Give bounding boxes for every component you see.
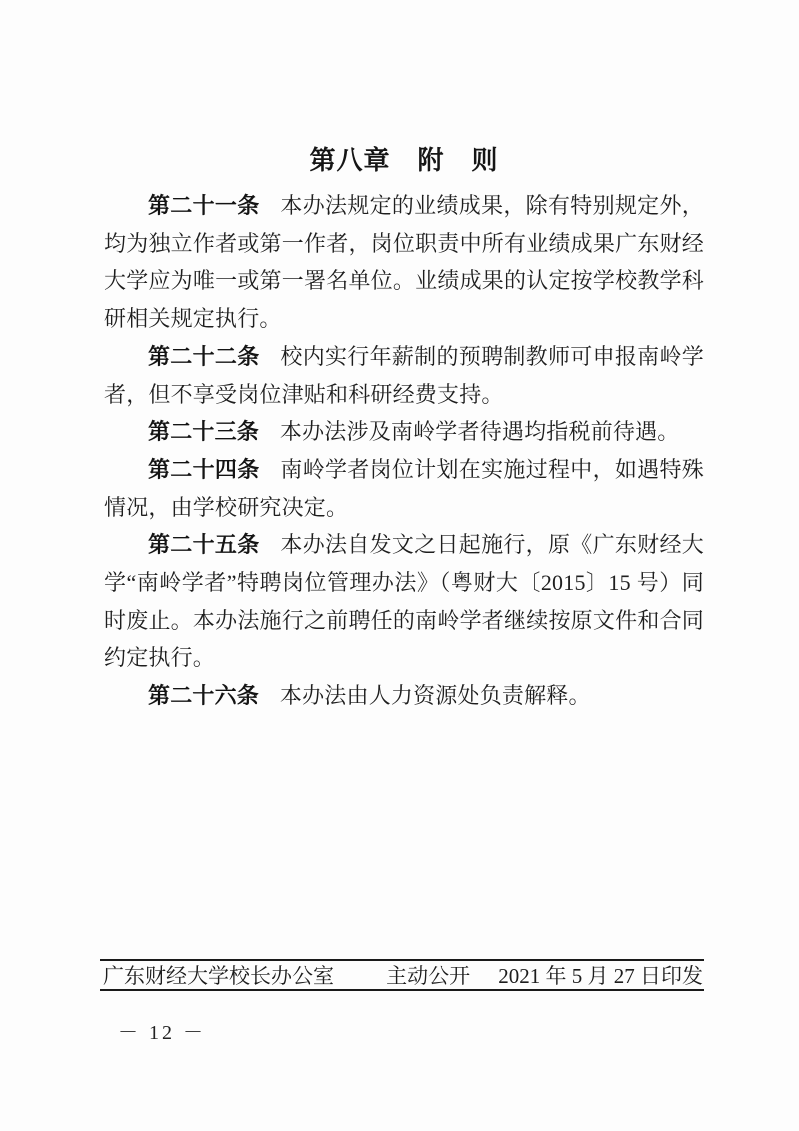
article-text: 本办法由人力资源处负责解释。 [280, 683, 591, 708]
page-number: － 12 － [118, 1021, 206, 1045]
article-number: 第二十一条 [148, 193, 260, 218]
article-paragraph: 第二十三条本办法涉及南岭学者待遇均指税前待遇。 [104, 413, 704, 451]
footer-rule-top [100, 959, 704, 961]
footer-disclosure-type: 主动公开 [386, 964, 470, 989]
article-number: 第二十三条 [148, 419, 259, 444]
article-list: 第二十一条本办法规定的业绩成果，除有特别规定外，均为独立作者或第一作者，岗位职责… [104, 187, 704, 715]
article-paragraph: 第二十五条本办法自发文之日起施行，原《广东财经大学“南岭学者”特聘岗位管理办法》… [104, 526, 704, 677]
article-paragraph: 第二十二条校内实行年薪制的预聘制教师可申报南岭学者，但不享受岗位津贴和科研经费支… [104, 338, 704, 413]
footer-issuer: 广东财经大学校长办公室 [103, 964, 334, 989]
chapter-title: 第八章 附 则 [104, 141, 704, 181]
article-paragraph: 第二十六条本办法由人力资源处负责解释。 [104, 677, 704, 715]
article-number: 第二十六条 [148, 683, 259, 708]
article-paragraph: 第二十一条本办法规定的业绩成果，除有特别规定外，均为独立作者或第一作者，岗位职责… [104, 187, 704, 338]
article-number: 第二十二条 [148, 344, 260, 369]
document-page: 第八章 附 则 第二十一条本办法规定的业绩成果，除有特别规定外，均为独立作者或第… [0, 0, 799, 1131]
document-body: 第八章 附 则 第二十一条本办法规定的业绩成果，除有特别规定外，均为独立作者或第… [104, 141, 704, 715]
footer-print-date: 2021 年 5 月 27 日印发 [498, 964, 703, 989]
article-text: 本办法涉及南岭学者待遇均指税前待遇。 [280, 419, 680, 444]
article-number: 第二十五条 [148, 532, 260, 557]
article-paragraph: 第二十四条南岭学者岗位计划在实施过程中，如遇特殊情况，由学校研究决定。 [104, 451, 704, 526]
footer-rule-bottom [100, 989, 704, 991]
article-number: 第二十四条 [148, 457, 260, 482]
document-footer: 广东财经大学校长办公室 主动公开 2021 年 5 月 27 日印发 [103, 964, 703, 989]
